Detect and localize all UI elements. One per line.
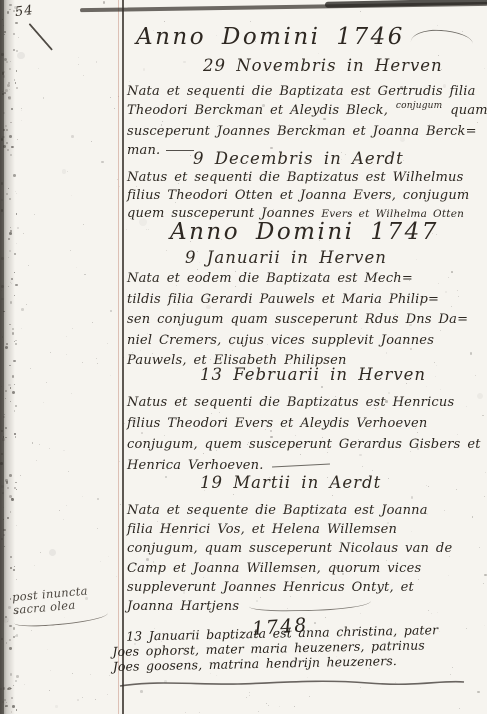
parish-register-scan: 54 post inuncta sacra olea Anno Domini 1… bbox=[0, 0, 487, 714]
entry-line-text: man. bbox=[127, 143, 160, 158]
entry-line-text: Henrica Verhoeven. bbox=[127, 458, 264, 473]
entry-line: filia Henrici Vos, et Helena Willemsen bbox=[127, 520, 452, 539]
entry-line: Nata et sequente die Baptizata est Joann… bbox=[127, 501, 452, 520]
page-number: 54 bbox=[14, 3, 34, 20]
entry-line-text: Theodori Berckman et Aleydis Bleck, bbox=[127, 103, 388, 118]
scan-edge-top bbox=[80, 2, 487, 12]
pen-flourish bbox=[272, 463, 330, 467]
heading-anno-domini-1746: Anno Domini 1746 bbox=[136, 24, 473, 50]
pen-stroke bbox=[28, 23, 52, 51]
entry-line: Camp et Joanna Willemsen, quorum vices bbox=[127, 559, 452, 578]
baptism-entry-anna-christina: 13 Januarii baptizata est anna christina… bbox=[112, 623, 439, 674]
entry-line: filius Theodori Evers et Aleydis Verhoev… bbox=[127, 413, 481, 434]
entry-line: sen conjugum quam susceperunt Rdus Dns D… bbox=[127, 310, 468, 331]
entry-line: Nata et eodem die Baptizata est Mech= bbox=[127, 269, 468, 290]
entry-line: filius Theodori Otten et Joanna Evers, c… bbox=[127, 187, 469, 205]
entry-line: conjugum, quam susceperunt Nicolaus van … bbox=[127, 539, 452, 558]
entry-line: Theodori Berckman et Aleydis Bleck, conj… bbox=[127, 101, 487, 122]
margin-rule-red bbox=[118, 0, 119, 714]
margin-rule bbox=[122, 0, 124, 714]
margin-note: post inuncta sacra olea bbox=[12, 583, 109, 629]
entry-line: conjugum, quem susceperunt Gerardus Gisb… bbox=[127, 434, 481, 455]
pen-flourish bbox=[249, 601, 371, 612]
entry-line: niel Cremers, cujus vices supplevit Joan… bbox=[127, 331, 468, 352]
pen-flourish bbox=[166, 150, 194, 151]
heading-date-9-decembris: 9 Decembris in Aerdt bbox=[193, 149, 404, 168]
closing-rule-flourish bbox=[118, 676, 466, 690]
heading-anno-domini-1747: Anno Domini 1747 bbox=[170, 219, 439, 245]
superscript-insertion: conjugum bbox=[396, 101, 443, 111]
heading-date-19-martii: 19 Martii in Aerdt bbox=[200, 473, 381, 492]
heading-date-13-februarii: 13 Februarii in Herven bbox=[200, 365, 426, 384]
entry-line-text: quam bbox=[450, 103, 487, 118]
entry-line: Natus et sequenti die Baptizatus est Hen… bbox=[127, 392, 481, 413]
heading-text: Anno Domini 1746 bbox=[136, 24, 405, 50]
heading-date-29-novembris: 29 Novembris in Herven bbox=[203, 56, 443, 75]
entry-line: suppleverunt Joannes Henricus Ontyt, et bbox=[127, 578, 452, 597]
entry-line-text: Joanna Hartjens bbox=[127, 599, 239, 614]
entry-line: Natus et sequenti die Baptizatus est Wil… bbox=[127, 169, 469, 187]
heading-date-9-januarii: 9 Januarii in Herven bbox=[185, 248, 387, 267]
baptism-entry-wilhelmus: Natus et sequenti die Baptizatus est Wil… bbox=[127, 169, 469, 223]
entry-line: Joanna Hartjens bbox=[127, 597, 452, 616]
entry-line: Nata et sequenti die Baptizata est Gertr… bbox=[127, 82, 487, 101]
entry-line: tildis filia Gerardi Pauwels et Maria Ph… bbox=[127, 290, 468, 311]
entry-line: susceperunt Joannes Berckman et Joanna B… bbox=[127, 122, 487, 141]
baptism-entry-joanna: Nata et sequente die Baptizata est Joann… bbox=[127, 501, 452, 616]
baptism-entry-mechtildis: Nata et eodem die Baptizata est Mech= ti… bbox=[127, 269, 468, 372]
baptism-entry-henricus: Natus et sequenti die Baptizatus est Hen… bbox=[127, 392, 481, 476]
pen-flourish bbox=[411, 28, 474, 46]
